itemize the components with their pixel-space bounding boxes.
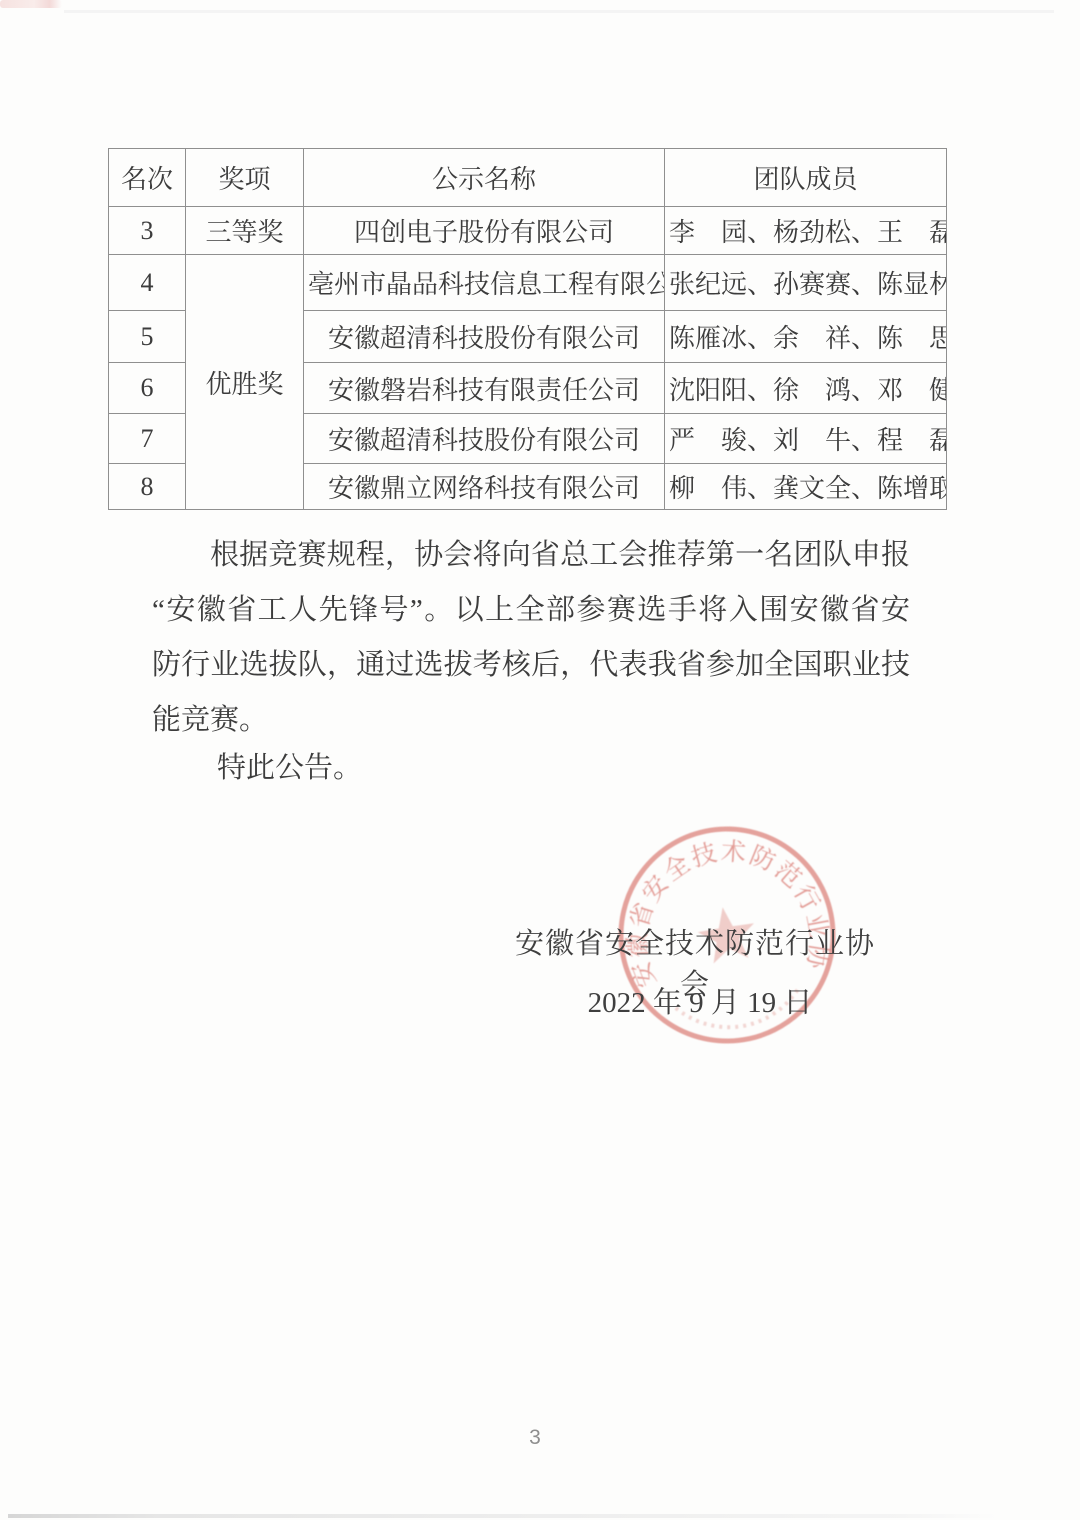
cell-members: 陈雁冰、余 祥、陈 思 — [665, 311, 947, 363]
paragraph-line: 能竞赛。 — [152, 693, 910, 748]
cell-rank: 8 — [109, 464, 186, 510]
cell-rank: 5 — [109, 311, 186, 363]
awards-table: 名次 奖项 公示名称 团队成员 3 三等奖 四创电子股份有限公司 李 园、杨劲松… — [108, 148, 947, 510]
table-row: 4 优胜奖 亳州市晶品科技信息工程有限公司 张纪远、孙赛赛、陈显林 — [109, 255, 947, 311]
cell-rank: 4 — [109, 255, 186, 311]
cell-company: 安徽鼎立网络科技有限公司 — [304, 464, 665, 510]
cell-rank: 6 — [109, 363, 186, 414]
paragraph-line: 防行业选拔队，通过选拔考核后，代表我省参加全国职业技 — [152, 638, 910, 693]
cell-company: 安徽超清科技股份有限公司 — [304, 414, 665, 464]
cell-company: 亳州市晶品科技信息工程有限公司 — [304, 255, 665, 311]
header-award: 奖项 — [186, 149, 304, 207]
cell-rank: 7 — [109, 414, 186, 464]
header-name: 公示名称 — [304, 149, 665, 207]
cell-company: 安徽超清科技股份有限公司 — [304, 311, 665, 363]
scan-bar-artifact — [8, 1514, 998, 1518]
table-header-row: 名次 奖项 公示名称 团队成员 — [109, 149, 947, 207]
cell-rank: 3 — [109, 207, 186, 255]
closing-statement: 特此公告。 — [217, 750, 362, 786]
cell-members: 李 园、杨劲松、王 磊 — [665, 207, 947, 255]
cell-members: 张纪远、孙赛赛、陈显林 — [665, 255, 947, 311]
cell-members: 严 骏、刘 牛、程 磊 — [665, 414, 947, 464]
announcement-paragraph: 根据竞赛规程，协会将向省总工会推荐第一名团队申报 “安徽省工人先锋号”。以上全部… — [152, 528, 910, 748]
cell-company: 四创电子股份有限公司 — [304, 207, 665, 255]
header-rank: 名次 — [109, 149, 186, 207]
paragraph-line: 根据竞赛规程，协会将向省总工会推荐第一名团队申报 — [152, 528, 910, 583]
scan-line-artifact — [64, 10, 1054, 13]
document-page: 名次 奖项 公示名称 团队成员 3 三等奖 四创电子股份有限公司 李 园、杨劲松… — [0, 0, 1080, 1520]
cell-company: 安徽磐岩科技有限责任公司 — [304, 363, 665, 414]
paragraph-line: “安徽省工人先锋号”。以上全部参赛选手将入围安徽省安 — [152, 583, 910, 638]
cell-members: 沈阳阳、徐 鸿、邓 健 — [665, 363, 947, 414]
signature-date: 2022 年 9 月 19 日 — [560, 980, 840, 1021]
cell-award: 三等奖 — [186, 207, 304, 255]
cell-members: 柳 伟、龚文全、陈增取 — [665, 464, 947, 510]
scan-smudge-artifact — [0, 0, 62, 8]
page-number: 3 — [515, 1426, 555, 1450]
cell-award-merged: 优胜奖 — [186, 255, 304, 510]
table-row: 3 三等奖 四创电子股份有限公司 李 园、杨劲松、王 磊 — [109, 207, 947, 255]
header-members: 团队成员 — [665, 149, 947, 207]
